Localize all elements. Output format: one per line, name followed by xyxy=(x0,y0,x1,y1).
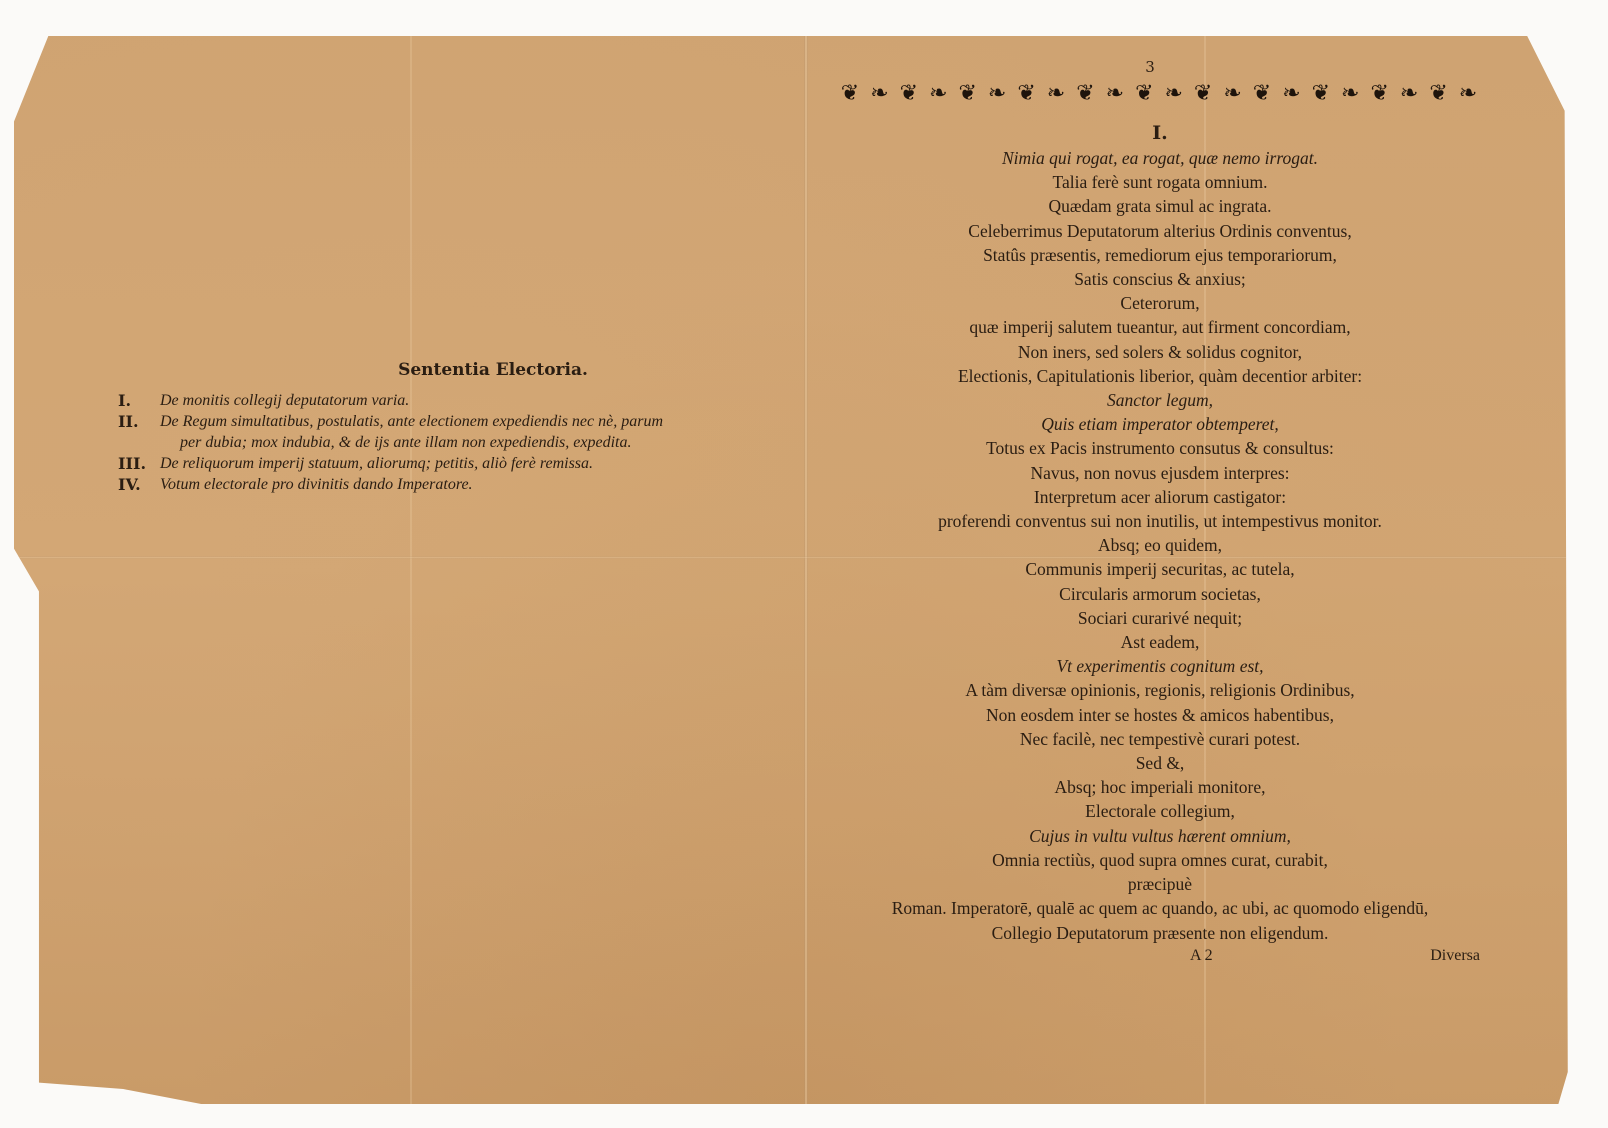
contents-item: III. De reliquorum imperij statuum, alio… xyxy=(118,453,778,474)
verse-line: Talia ferè sunt rogata omnium. xyxy=(820,170,1500,194)
item-text-block: De Regum simultatibus, postulatis, ante … xyxy=(160,411,663,453)
verse-line: Absq; eo quidem, xyxy=(820,533,1500,557)
signature-mark: A 2 xyxy=(1190,947,1213,965)
verse-line: Circularis armorum societas, xyxy=(820,582,1500,606)
verse-line: Totus ex Pacis instrumento consutus & co… xyxy=(820,436,1500,460)
contents-item: II. De Regum simultatibus, postulatis, a… xyxy=(118,411,778,453)
verse-line: quæ imperij salutem tueantur, aut firmen… xyxy=(820,315,1500,339)
page-number: 3 xyxy=(820,58,1500,80)
contents-item: IV. Votum electorale pro divinitis dando… xyxy=(118,474,778,495)
verse-line: Sanctor legum, xyxy=(820,388,1500,412)
verse-line: Cujus in vultu vultus hærent omnium, xyxy=(820,824,1500,848)
verse-line: A tàm diversæ opinionis, regionis, relig… xyxy=(820,678,1500,702)
left-page: Sententia Electoria. I. De monitis colle… xyxy=(118,360,778,495)
center-fold xyxy=(804,36,808,1104)
item-text: De Regum simultatibus, postulatis, ante … xyxy=(160,413,663,430)
item-text: De monitis collegij deputatorum varia. xyxy=(160,390,409,411)
verse-line: Nimia qui rogat, ea rogat, quæ nemo irro… xyxy=(820,146,1500,170)
verse-line: Sed &, xyxy=(820,751,1500,775)
item-text: Votum electorale pro divinitis dando Imp… xyxy=(160,474,473,495)
item-text: De reliquorum imperij statuum, aliorumq;… xyxy=(160,453,593,474)
item-number: IV. xyxy=(118,474,160,495)
crease-left xyxy=(410,36,412,1104)
left-page-title: Sententia Electoria. xyxy=(118,360,778,380)
verse-line: Communis imperij securitas, ac tutela, xyxy=(820,557,1500,581)
verse-lines: Nimia qui rogat, ea rogat, quæ nemo irro… xyxy=(820,146,1500,945)
item-text-continuation: per dubia; mox indubia, & de ijs ante il… xyxy=(160,432,663,453)
verse-line: proferendi conventus sui non inutilis, u… xyxy=(820,509,1500,533)
verse-line: Quædam grata simul ac ingrata. xyxy=(820,194,1500,218)
section-number: I. xyxy=(820,120,1500,146)
item-number: I. xyxy=(118,390,160,411)
item-number: II. xyxy=(118,411,160,453)
contents-list: I. De monitis collegij deputatorum varia… xyxy=(118,390,778,495)
verse-line: Celeberrimus Deputatorum alterius Ordini… xyxy=(820,219,1500,243)
verse-line: Non eosdem inter se hostes & amicos habe… xyxy=(820,703,1500,727)
verse-line: Vt experimentis cognitum est, xyxy=(820,654,1500,678)
verse-line: præcipuè xyxy=(820,872,1500,896)
contents-item: I. De monitis collegij deputatorum varia… xyxy=(118,390,778,411)
verse-line: Absq; hoc imperiali monitore, xyxy=(820,775,1500,799)
verse-line: Ceterorum, xyxy=(820,291,1500,315)
verse-line: Quis etiam imperator obtemperet, xyxy=(820,412,1500,436)
verse-line: Statûs præsentis, remediorum ejus tempor… xyxy=(820,243,1500,267)
catchword: Diversa xyxy=(1430,947,1480,965)
verse-line: Nec facilè, nec tempestivè curari potest… xyxy=(820,727,1500,751)
verse-line: Navus, non novus ejusdem interpres: xyxy=(820,461,1500,485)
fleuron-border-icon: ❦ ❧ ❦ ❧ ❦ ❧ ❦ ❧ ❦ ❧ ❦ ❧ ❦ ❧ ❦ ❧ ❦ ❧ ❦ ❧ … xyxy=(820,80,1500,114)
verse-line: Roman. Imperatorē, qualē ac quem ac quan… xyxy=(820,896,1500,920)
verse-line: Interpretum acer aliorum castigator: xyxy=(820,485,1500,509)
verse-line: Electorale collegium, xyxy=(820,799,1500,823)
right-page: 3 ❦ ❧ ❦ ❧ ❦ ❧ ❦ ❧ ❦ ❧ ❦ ❧ ❦ ❧ ❦ ❧ ❦ ❧ ❦ … xyxy=(820,58,1500,973)
verse-line: Electionis, Capitulationis liberior, quà… xyxy=(820,364,1500,388)
verse-line: Collegio Deputatorum præsente non eligen… xyxy=(820,921,1500,945)
verse-line: Ast eadem, xyxy=(820,630,1500,654)
item-number: III. xyxy=(118,453,160,474)
verse-line: Omnia rectiùs, quod supra omnes curat, c… xyxy=(820,848,1500,872)
verse-line: Sociari curarivé nequit; xyxy=(820,606,1500,630)
verse-line: Satis conscius & anxius; xyxy=(820,267,1500,291)
verse-line: Non iners, sed solers & solidus cognitor… xyxy=(820,340,1500,364)
page-footer: A 2 Diversa xyxy=(820,947,1500,973)
